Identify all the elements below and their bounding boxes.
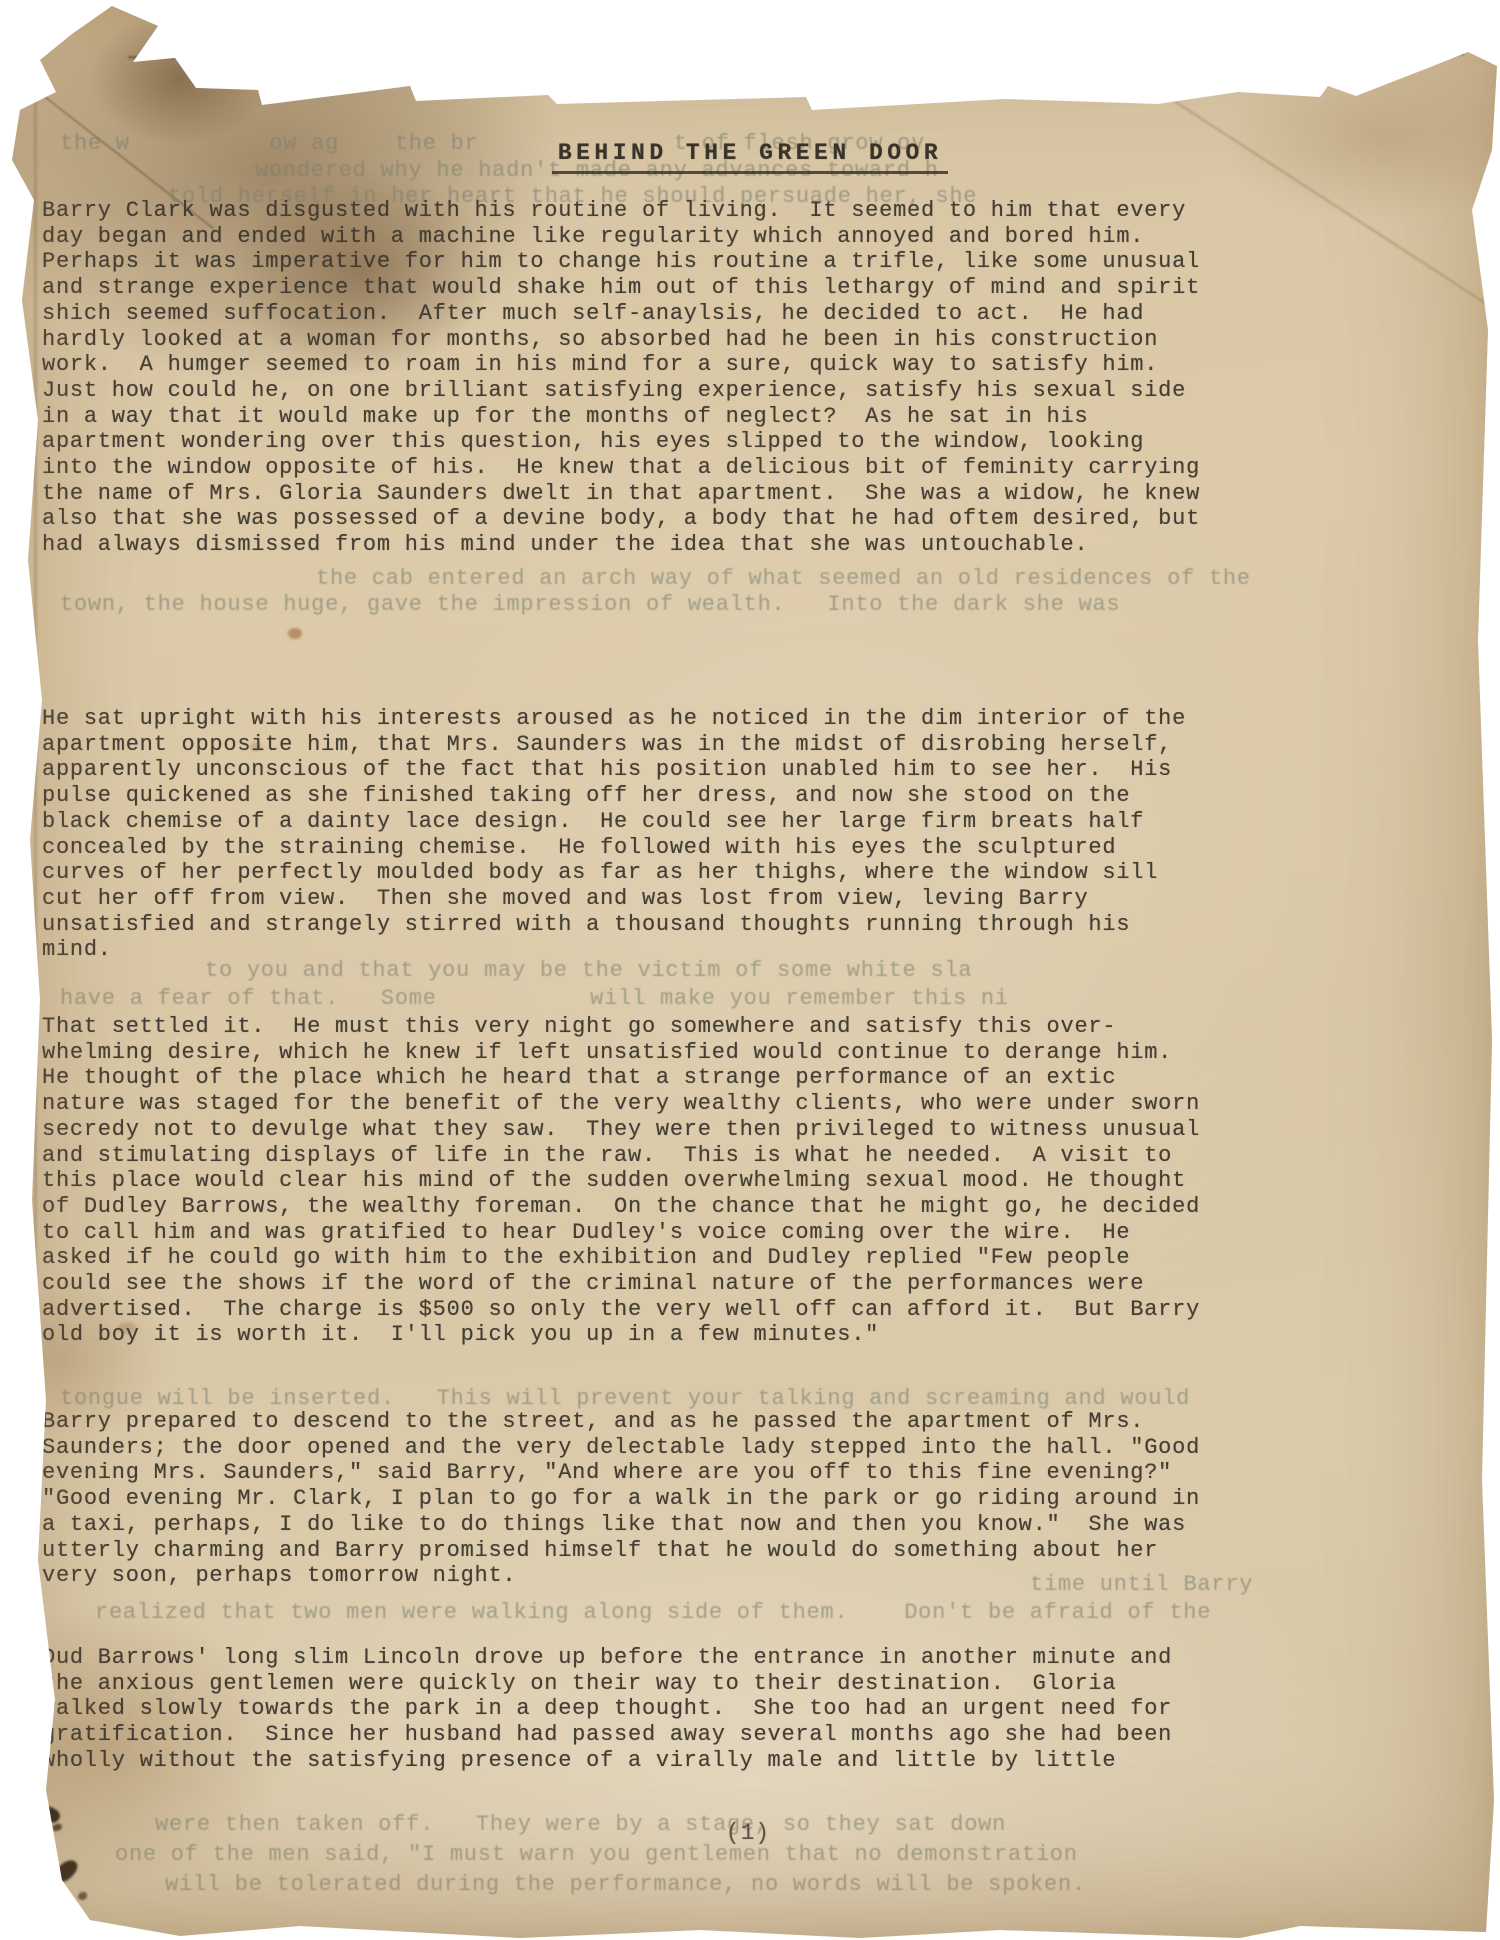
top-left-fold-crease (39, 92, 214, 229)
paragraph-2: He sat upright with his interests arouse… (42, 706, 1212, 963)
ghost-line: will be tolerated during the performance… (165, 1872, 1086, 1898)
top-crease-line (128, 52, 1464, 58)
paragraph-5: Dud Barrows' long slim Lincoln drove up … (42, 1645, 1212, 1774)
ink-smudge (32, 1801, 62, 1826)
rust-spot (288, 628, 302, 639)
paper-sheet: the w ow ag the br t of flesh grow ov wo… (0, 0, 1500, 1940)
ghost-line: realized that two men were walking along… (95, 1600, 1211, 1626)
rust-spot (118, 1322, 136, 1334)
ink-smudge (78, 1892, 87, 1900)
page-number: (1) (668, 1820, 828, 1846)
ghost-line: the w ow ag the br t of flesh grow ov (60, 131, 925, 157)
ink-smudge (52, 1856, 81, 1886)
ghost-line: to you and that you may be the victim of… (205, 958, 972, 984)
ghost-line: one of the men said, "I must warn you ge… (115, 1842, 1078, 1868)
ghost-line: time until Barry (1030, 1572, 1253, 1598)
top-right-fold-crease (1167, 96, 1500, 326)
ghost-line: wondered why he hadn't made any advances… (255, 158, 939, 184)
paragraph-1: Barry Clark was disgusted with his routi… (42, 198, 1212, 558)
ghost-line: tongue will be inserted. This will preve… (60, 1386, 1190, 1412)
rust-spot (250, 742, 262, 752)
paragraph-3: That settled it. He must this very night… (42, 1014, 1212, 1348)
ghost-line: the cab entered an arch way of what seem… (316, 566, 1251, 592)
scanned-page: the w ow ag the br t of flesh grow ov wo… (0, 0, 1500, 1940)
document-title: BEHIND THE GREEN DOOR (0, 140, 1500, 174)
paragraph-4: Barry prepared to descend to the street,… (42, 1409, 1212, 1589)
ghost-line: were then taken off. They were by a stag… (155, 1812, 1006, 1838)
ghost-line: told herself in her heart that he should… (168, 184, 977, 210)
left-edge-crease (34, 60, 37, 1920)
ink-smudge (51, 1823, 62, 1832)
ghost-line: have a fear of that. Some will make you … (60, 986, 1009, 1012)
ghost-line: town, the house huge, gave the impressio… (60, 592, 1120, 618)
